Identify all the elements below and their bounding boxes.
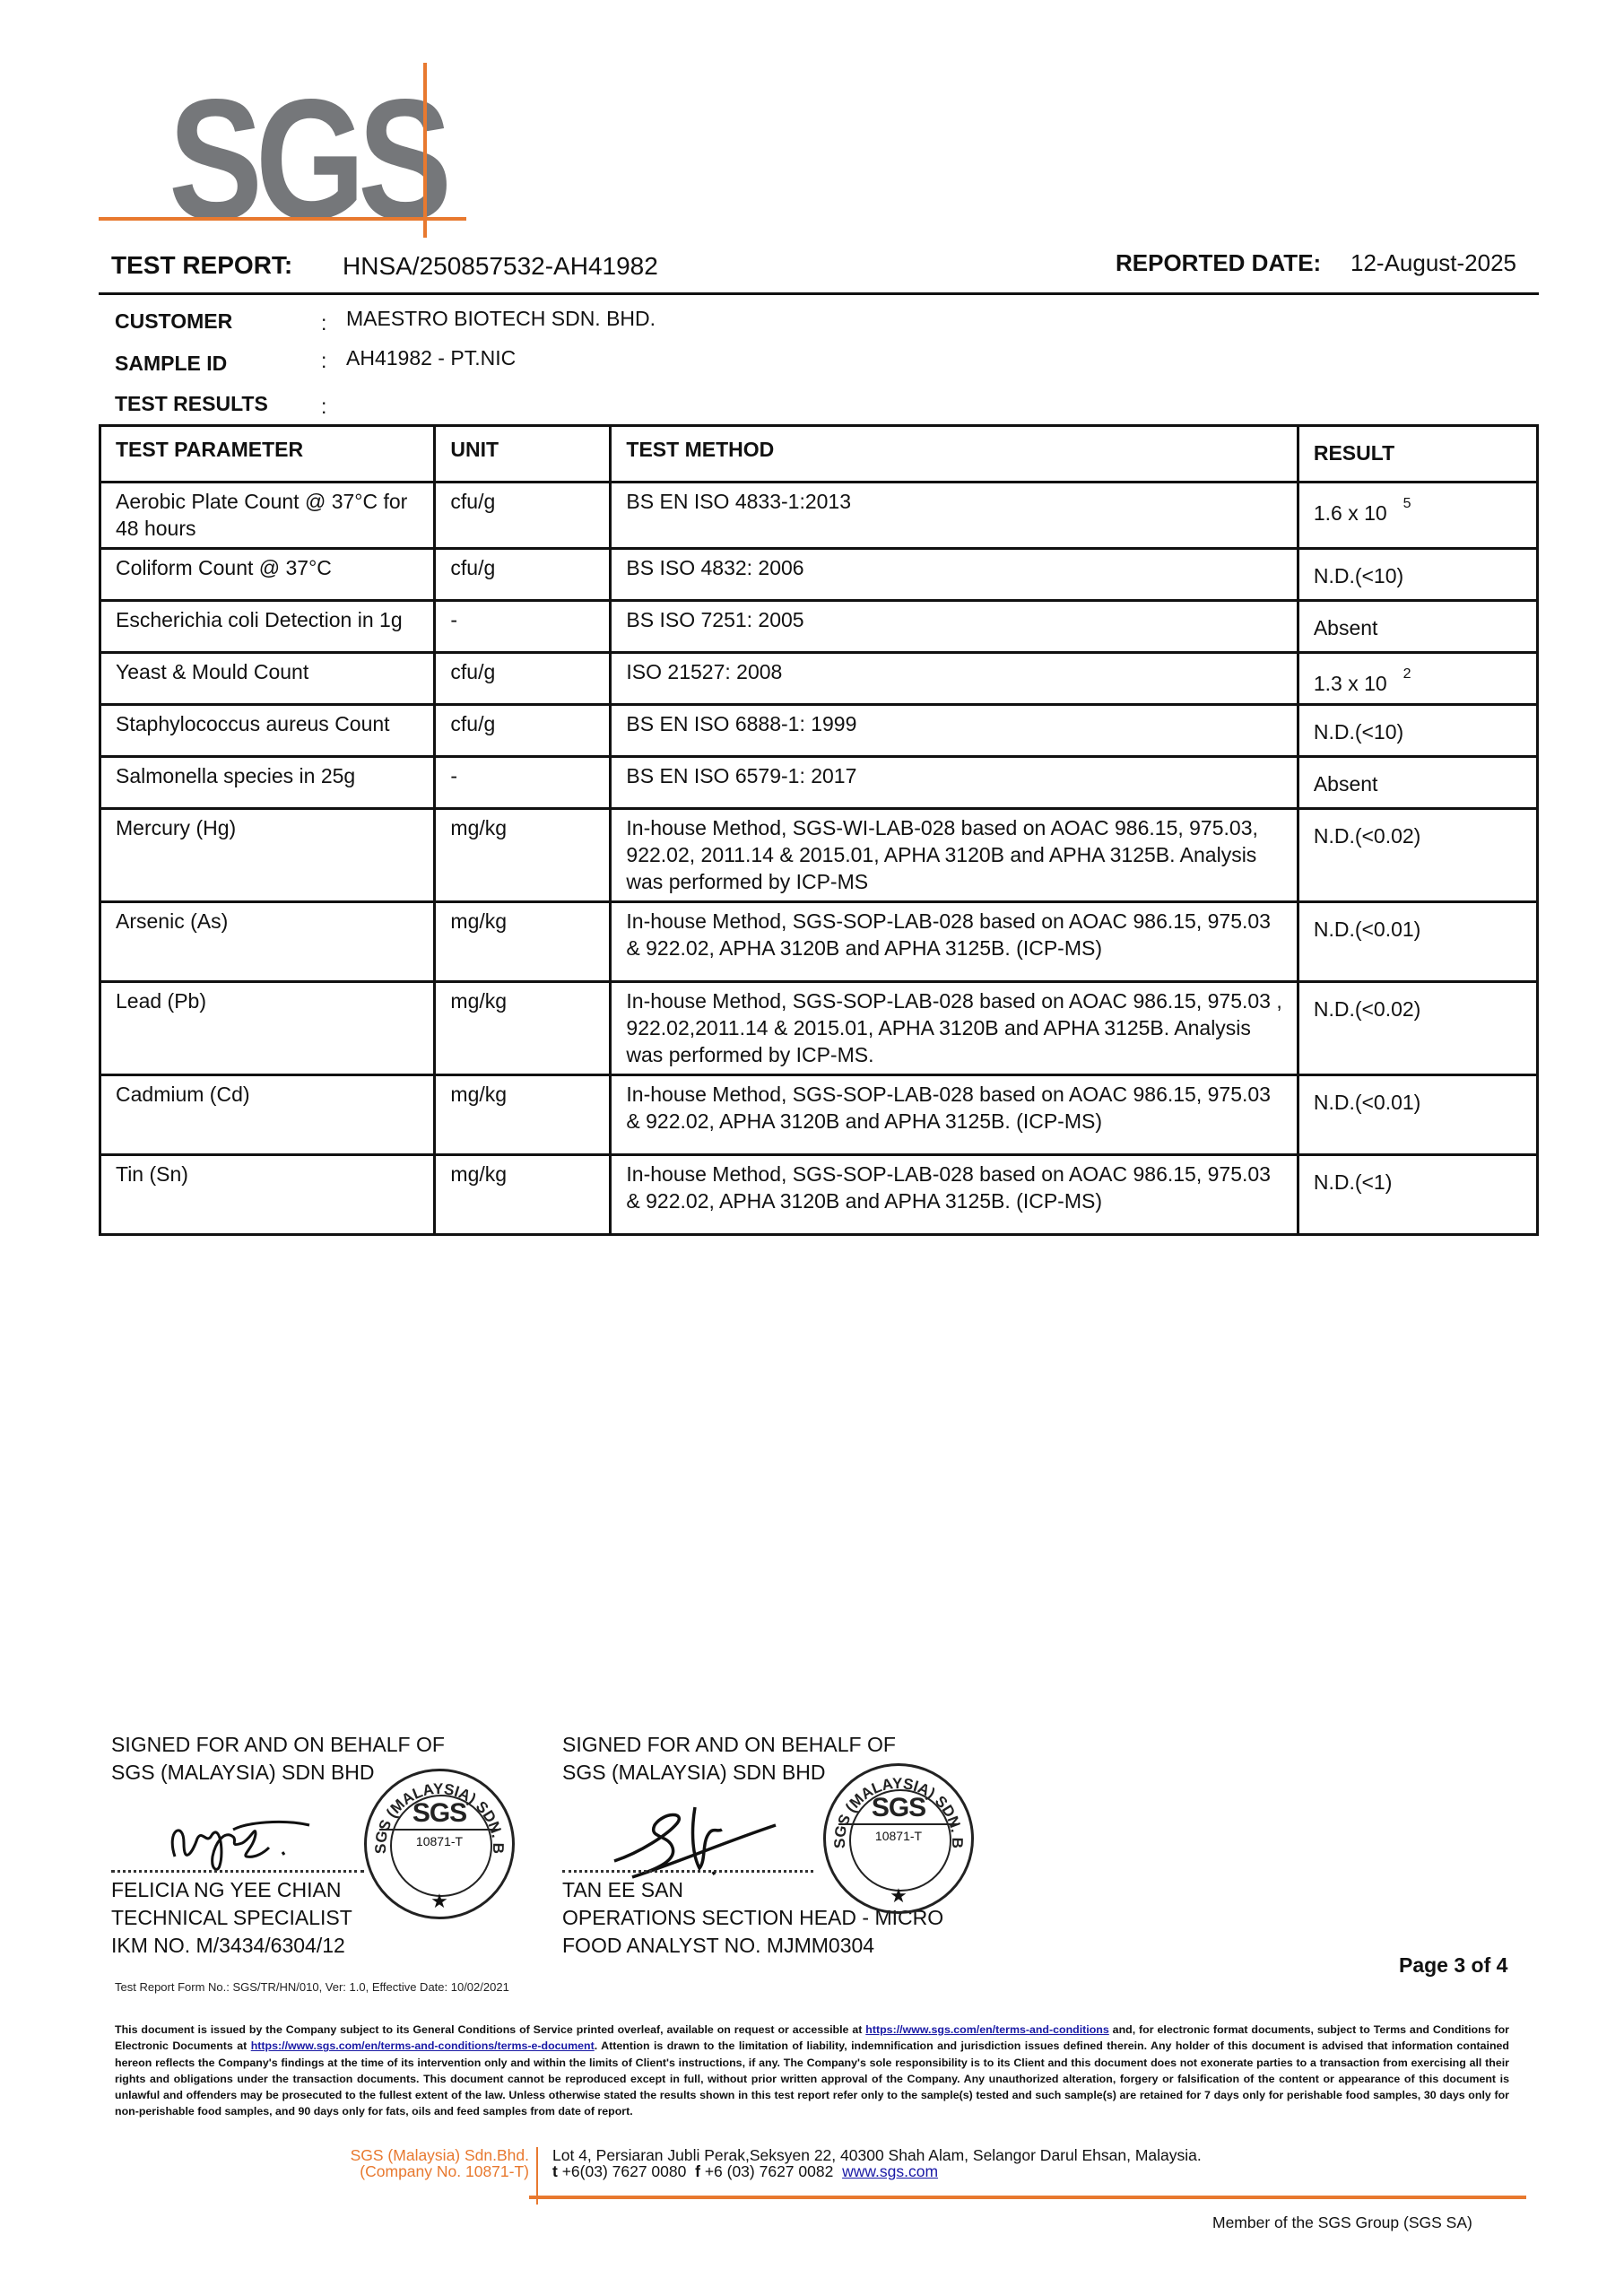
result-cell: N.D.(<0.02) [1298,809,1537,902]
stamp-1-logo: SGS [367,1798,512,1829]
result-text: N.D.(<1) [1314,1170,1393,1194]
footer-contact: t +6(03) 7627 0080 f +6 (03) 7627 0082 w… [552,2163,1202,2179]
unit-cell: mg/kg [435,902,611,982]
method-cell: BS ISO 4832: 2006 [611,549,1298,601]
sgs-logo: SGS [99,63,475,242]
footer-address: Lot 4, Persiaran Jubli Perak,Seksyen 22,… [552,2147,1202,2163]
parameter-cell: Staphylococcus aureus Count [100,705,435,757]
result-cell: N.D.(<0.02) [1298,982,1537,1075]
parameter-text: Aerobic Plate Count @ 37°C for 48 hours [116,490,407,540]
parameter-cell: Tin (Sn) [100,1155,435,1235]
result-cell: N.D.(<10) [1298,705,1537,757]
table-body: Aerobic Plate Count @ 37°C for 48 hoursc… [100,483,1538,1235]
signatory-1-name: FELICIA NG YEE CHIAN [111,1876,352,1904]
parameter-cell: Arsenic (As) [100,902,435,982]
parameter-text: Mercury (Hg) [116,816,236,839]
method-cell: BS EN ISO 4833-1:2013 [611,483,1298,549]
unit-cell: mg/kg [435,1155,611,1235]
table-row: Coliform Count @ 37°Ccfu/gBS ISO 4832: 2… [100,549,1538,601]
result-cell: N.D.(<10) [1298,549,1537,601]
unit-text: mg/kg [450,909,507,933]
result-cell: N.D.(<0.01) [1298,1075,1537,1155]
company-stamp-2: SGS (MALAYSIA) SDN. BHD. SGS 10871-T ★ [823,1763,974,1914]
unit-cell: - [435,757,611,809]
customer-value: MAESTRO BIOTECH SDN. BHD. [346,307,656,331]
result-cell: N.D.(<1) [1298,1155,1537,1235]
terms-and-conditions-link[interactable]: https://www.sgs.com/en/terms-and-conditi… [865,2023,1108,2036]
unit-cell: - [435,601,611,653]
result-text: 1.6 x 10 [1314,501,1387,525]
unit-text: mg/kg [450,1083,507,1106]
result-text: N.D.(<0.02) [1314,997,1421,1021]
method-text: In-house Method, SGS-WI-LAB-028 based on… [626,816,1257,893]
method-text: In-house Method, SGS-SOP-LAB-028 based o… [626,1083,1271,1133]
result-text: N.D.(<0.01) [1314,918,1421,941]
logo-accent-horizontal [99,217,466,221]
result-text: 1.3 x 10 [1314,672,1387,695]
unit-text: mg/kg [450,989,507,1013]
customer-label: CUSTOMER [115,309,232,334]
unit-text: cfu/g [450,660,495,683]
method-cell: In-house Method, SGS-SOP-LAB-028 based o… [611,902,1298,982]
disclaimer-text-1: This document is issued by the Company s… [115,2023,865,2036]
stamp-2-logo: SGS [826,1793,971,1823]
parameter-cell: Aerobic Plate Count @ 37°C for 48 hours [100,483,435,549]
stamp-2-number: 10871-T [826,1829,971,1843]
star-icon: ★ [367,1890,512,1913]
result-text: N.D.(<10) [1314,564,1403,587]
table-row: Tin (Sn)mg/kgIn-house Method, SGS-SOP-LA… [100,1155,1538,1235]
method-cell: BS EN ISO 6579-1: 2017 [611,757,1298,809]
method-text: ISO 21527: 2008 [626,660,782,683]
legal-disclaimer: This document is issued by the Company s… [115,2022,1509,2120]
signature-2-line [562,1870,813,1873]
parameter-text: Arsenic (As) [116,909,228,933]
parameter-cell: Lead (Pb) [100,982,435,1075]
table-row: Arsenic (As)mg/kgIn-house Method, SGS-SO… [100,902,1538,982]
unit-text: mg/kg [450,816,507,839]
result-text: Absent [1314,772,1378,796]
unit-cell: mg/kg [435,809,611,902]
unit-text: cfu/g [450,712,495,735]
parameter-text: Cadmium (Cd) [116,1083,250,1106]
signatory-1-behalf-line1: SIGNED FOR AND ON BEHALF OF [111,1731,445,1759]
parameter-cell: Yeast & Mould Count [100,653,435,705]
reported-date: 12-August-2025 [1350,249,1516,277]
sample-id-colon: : [321,349,326,373]
sample-id-label: SAMPLE ID [115,352,227,376]
website-link[interactable]: www.sgs.com [842,2162,938,2180]
method-text: BS ISO 4832: 2006 [626,556,803,579]
unit-text: - [450,608,457,631]
star-icon: ★ [826,1884,971,1908]
footer-address-block: Lot 4, Persiaran Jubli Perak,Seksyen 22,… [552,2147,1202,2179]
header-test-parameter: TEST PARAMETER [100,426,435,483]
result-cell: N.D.(<0.01) [1298,902,1537,982]
result-exponent: 5 [1403,496,1411,511]
parameter-cell: Coliform Count @ 37°C [100,549,435,601]
signatory-1-reg-no: IKM NO. M/3434/6304/12 [111,1932,352,1960]
method-cell: In-house Method, SGS-SOP-LAB-028 based o… [611,1075,1298,1155]
header-test-method: TEST METHOD [611,426,1298,483]
result-cell: 1.3 x 102 [1298,653,1537,705]
footer-company-number: (Company No. 10871-T) [323,2163,529,2179]
unit-text: cfu/g [450,490,495,513]
unit-cell: mg/kg [435,982,611,1075]
phone-label: t [552,2162,558,2180]
method-cell: BS ISO 7251: 2005 [611,601,1298,653]
parameter-cell: Cadmium (Cd) [100,1075,435,1155]
page-indicator: Page 3 of 4 [1399,1953,1507,1978]
table-row: Yeast & Mould Countcfu/gISO 21527: 20081… [100,653,1538,705]
table-row: Mercury (Hg)mg/kgIn-house Method, SGS-WI… [100,809,1538,902]
test-results-label: TEST RESULTS [115,392,268,416]
method-cell: ISO 21527: 2008 [611,653,1298,705]
signatory-2-behalf-line1: SIGNED FOR AND ON BEHALF OF [562,1731,896,1759]
table-row: Salmonella species in 25g-BS EN ISO 6579… [100,757,1538,809]
form-number: Test Report Form No.: SGS/TR/HN/010, Ver… [115,1980,509,1994]
fax-label: f [695,2162,700,2180]
footer-company-name: SGS (Malaysia) Sdn.Bhd. [323,2147,529,2163]
parameter-text: Escherichia coli Detection in 1g [116,608,403,631]
report-number-label: TEST REPORT: [111,251,292,280]
phone-number: +6(03) 7627 0080 [562,2162,687,2180]
sample-id-value: AH41982 - PT.NIC [346,346,516,370]
method-text: In-house Method, SGS-SOP-LAB-028 based o… [626,989,1281,1066]
method-cell: In-house Method, SGS-SOP-LAB-028 based o… [611,982,1298,1075]
signature-1-icon [157,1803,318,1874]
signatory-1-title: TECHNICAL SPECIALIST [111,1904,352,1932]
parameter-cell: Salmonella species in 25g [100,757,435,809]
signatory-2-reg-no: FOOD ANALYST NO. MJMM0304 [562,1932,943,1960]
signatory-1-details: FELICIA NG YEE CHIAN TECHNICAL SPECIALIS… [111,1876,352,1960]
header-unit: UNIT [435,426,611,483]
result-cell: 1.6 x 105 [1298,483,1537,549]
header-divider [99,292,1539,295]
parameter-text: Yeast & Mould Count [116,660,308,683]
test-results-colon: : [321,395,326,419]
method-text: BS EN ISO 4833-1:2013 [626,490,851,513]
result-text: N.D.(<0.01) [1314,1091,1421,1114]
result-exponent: 2 [1403,666,1411,682]
unit-cell: cfu/g [435,653,611,705]
unit-cell: cfu/g [435,705,611,757]
fax-number: +6 (03) 7627 0082 [705,2162,834,2180]
table-row: Lead (Pb)mg/kgIn-house Method, SGS-SOP-L… [100,982,1538,1075]
method-cell: In-house Method, SGS-SOP-LAB-028 based o… [611,1155,1298,1235]
method-text: In-house Method, SGS-SOP-LAB-028 based o… [626,909,1271,960]
parameter-text: Coliform Count @ 37°C [116,556,332,579]
method-text: BS ISO 7251: 2005 [626,608,803,631]
unit-text: cfu/g [450,556,495,579]
table-row: Cadmium (Cd)mg/kgIn-house Method, SGS-SO… [100,1075,1538,1155]
result-cell: Absent [1298,757,1537,809]
parameter-cell: Escherichia coli Detection in 1g [100,601,435,653]
unit-cell: cfu/g [435,483,611,549]
header-result: RESULT [1298,426,1537,483]
parameter-text: Salmonella species in 25g [116,764,355,787]
method-cell: In-house Method, SGS-WI-LAB-028 based on… [611,809,1298,902]
method-cell: BS EN ISO 6888-1: 1999 [611,705,1298,757]
customer-colon: : [321,311,326,335]
terms-e-document-link[interactable]: https://www.sgs.com/en/terms-and-conditi… [251,2039,595,2052]
unit-cell: mg/kg [435,1075,611,1155]
table-row: Aerobic Plate Count @ 37°C for 48 hoursc… [100,483,1538,549]
table-row: Staphylococcus aureus Countcfu/gBS EN IS… [100,705,1538,757]
table-header-row: TEST PARAMETER UNIT TEST METHOD RESULT [100,426,1538,483]
result-text: N.D.(<10) [1314,720,1403,744]
parameter-cell: Mercury (Hg) [100,809,435,902]
results-table: TEST PARAMETER UNIT TEST METHOD RESULT A… [99,424,1539,1236]
result-text: N.D.(<0.02) [1314,824,1421,848]
company-stamp-1: SGS (MALAYSIA) SDN. BHD. SGS 10871-T ★ [364,1769,515,1919]
result-text: Absent [1314,616,1378,639]
reported-date-label: REPORTED DATE: [1116,249,1321,277]
unit-text: mg/kg [450,1162,507,1186]
signature-1-line [111,1870,364,1873]
method-text: BS EN ISO 6888-1: 1999 [626,712,856,735]
method-text: In-house Method, SGS-SOP-LAB-028 based o… [626,1162,1271,1213]
report-number: HNSA/250857532-AH41982 [343,252,658,281]
logo-accent-vertical [423,63,427,238]
parameter-text: Tin (Sn) [116,1162,188,1186]
result-cell: Absent [1298,601,1537,653]
unit-text: - [450,764,457,787]
stamp-1-number: 10871-T [367,1834,512,1848]
footer-member-text: Member of the SGS Group (SGS SA) [1212,2213,1472,2232]
parameter-text: Lead (Pb) [116,989,206,1013]
parameter-text: Staphylococcus aureus Count [116,712,390,735]
footer-divider-horizontal [529,2196,1526,2199]
footer-company: SGS (Malaysia) Sdn.Bhd. (Company No. 108… [323,2147,529,2179]
method-text: BS EN ISO 6579-1: 2017 [626,764,856,787]
table-row: Escherichia coli Detection in 1g-BS ISO … [100,601,1538,653]
unit-cell: cfu/g [435,549,611,601]
